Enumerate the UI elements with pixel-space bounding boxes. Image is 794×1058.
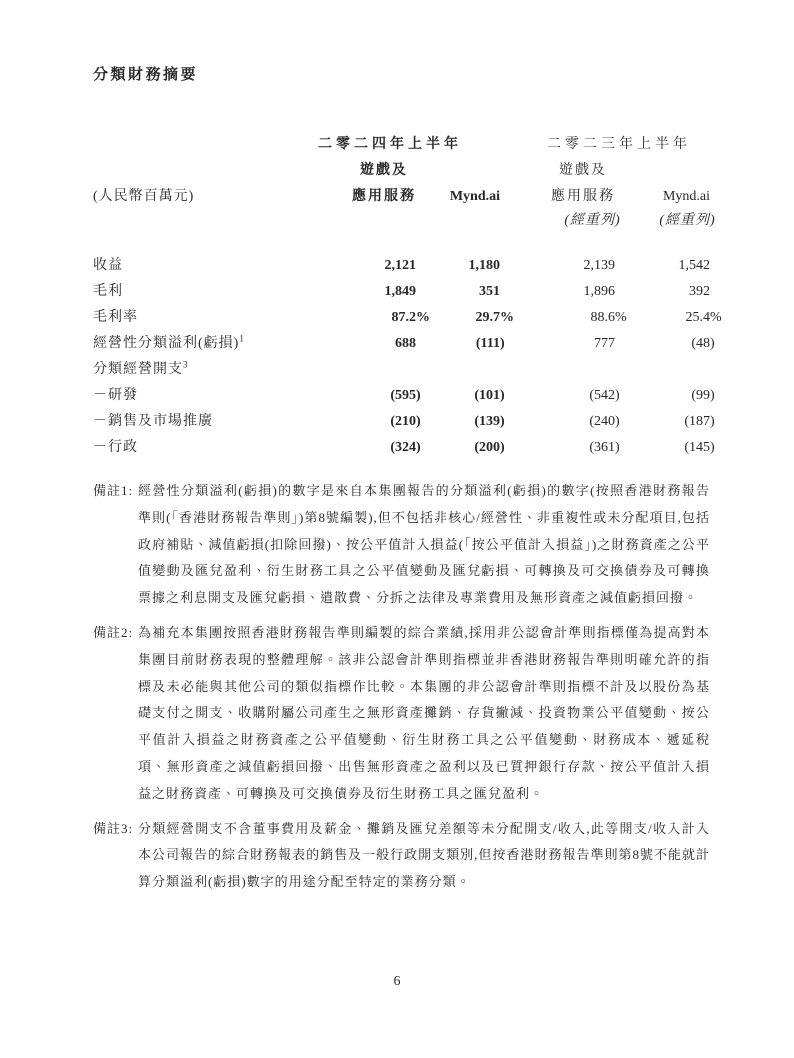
value-cell: (101) [416,378,500,404]
row-label: 分類經營開支3 [93,352,318,378]
period-2023-header-cell: 二零二三年上半年 [500,126,710,153]
footnote-label: 備註3: [93,816,138,896]
value-cell: 688 [318,326,416,352]
column-header-mynd-2024: Mynd.ai [416,179,500,205]
value-cell [615,352,710,378]
column-header-games-2023: 應用服務 [500,179,615,205]
restated-note: (經重列) [500,205,615,229]
spacer-cell [93,153,318,179]
value-cell: (187) [615,404,710,430]
value-cell: (595) [318,378,416,404]
table-row-gross-margin: 毛利率 87.2% 29.7% 88.6% 25.4% [93,300,710,326]
footnote-ref: 3 [183,359,189,369]
segment-financial-table: 二零二四年上半年 二零二三年上半年 遊戲及 遊戲及 (人民幣百萬元) 應用服務 … [93,126,710,456]
spacer-cell [318,205,416,229]
value-cell: 1,180 [416,248,500,274]
value-cell [318,352,416,378]
table-spacer-row [93,229,710,248]
value-cell: (145) [615,430,710,456]
row-label: －銷售及市場推廣 [93,404,318,430]
restated-note: (經重列) [615,205,710,229]
value-cell: 2,139 [500,248,615,274]
spacer-cell [93,205,318,229]
row-label: －行政 [93,430,318,456]
column-header-games-2024: 應用服務 [318,179,416,205]
value-cell: 1,896 [500,274,615,300]
row-label: 收益 [93,248,318,274]
column-header-main-row: (人民幣百萬元) 應用服務 Mynd.ai 應用服務 Mynd.ai [93,179,710,205]
value-cell: (139) [416,404,500,430]
page-content: 分類財務摘要 二零二四年上半年 二零二三年上半年 遊戲及 [93,0,710,896]
value-cell: (240) [500,404,615,430]
footnote-2: 備註2: 為補充本集團按照香港財務報告準則編製的綜合業績,採用非公認會計準則指標… [93,620,710,808]
table-row-sales-marketing: －銷售及市場推廣 (210) (139) (240) (187) [93,404,710,430]
period-2024-label: 二零二四年上半年 [318,137,462,152]
value-cell: 392 [615,274,710,300]
section-title: 分類財務摘要 [93,66,710,84]
value-cell: 88.6% [500,300,615,326]
row-label: 毛利率 [93,300,318,326]
footnote-text: 經營性分類溢利(虧損)的數字是來自本集團報告的分類溢利(虧損)的數字(按照香港財… [138,478,710,612]
value-cell: 25.4% [615,300,710,326]
column-header-top [615,153,710,179]
column-header-top [416,153,500,179]
row-label: －研發 [93,378,318,404]
footnote-1: 備註1: 經營性分類溢利(虧損)的數字是來自本集團報告的分類溢利(虧損)的數字(… [93,478,710,612]
row-label: 毛利 [93,274,318,300]
period-2023-label: 二零二三年上半年 [547,137,691,152]
value-cell: (324) [318,430,416,456]
column-header-top: 遊戲及 [318,153,416,179]
spacer-cell [416,205,500,229]
value-cell: 1,849 [318,274,416,300]
value-cell: (99) [615,378,710,404]
table-row-rd: －研發 (595) (101) (542) (99) [93,378,710,404]
value-cell: 87.2% [318,300,416,326]
page-number: 6 [0,974,794,990]
footnote-label: 備註2: [93,620,138,808]
value-cell: 2,121 [318,248,416,274]
value-cell [500,352,615,378]
value-cell: (111) [416,326,500,352]
row-label: 經營性分類溢利(虧損)1 [93,326,318,352]
table-row-operating-segment-profit: 經營性分類溢利(虧損)1 688 (111) 777 (48) [93,326,710,352]
spacer-cell [93,126,318,153]
footnotes-section: 備註1: 經營性分類溢利(虧損)的數字是來自本集團報告的分類溢利(虧損)的數字(… [93,478,710,896]
table-row-administration: －行政 (324) (200) (361) (145) [93,430,710,456]
report-page: 分類財務摘要 二零二四年上半年 二零二三年上半年 遊戲及 [0,0,794,1058]
footnote-ref: 1 [239,333,245,343]
footnote-text: 分類經營開支不含董事費用及薪金、攤銷及匯兌差額等未分配開支/收入,此等開支/收入… [138,816,710,896]
value-cell: (542) [500,378,615,404]
footnote-3: 備註3: 分類經營開支不含董事費用及薪金、攤銷及匯兌差額等未分配開支/收入,此等… [93,816,710,896]
restated-note-row: (經重列) (經重列) [93,205,710,229]
footnote-text: 為補充本集團按照香港財務報告準則編製的綜合業績,採用非公認會計準則指標僅為提高對… [138,620,710,808]
table-row-gross-profit: 毛利 1,849 351 1,896 392 [93,274,710,300]
value-cell: 1,542 [615,248,710,274]
footnote-label: 備註1: [93,478,138,612]
column-header-mynd-2023: Mynd.ai [615,179,710,205]
period-2024-header-cell: 二零二四年上半年 [318,126,500,153]
unit-label: (人民幣百萬元) [93,179,318,205]
value-cell [416,352,500,378]
value-cell: (48) [615,326,710,352]
column-header-top: 遊戲及 [500,153,615,179]
value-cell: 351 [416,274,500,300]
table-row-segment-operating-expenses: 分類經營開支3 [93,352,710,378]
value-cell: (210) [318,404,416,430]
column-header-top-row: 遊戲及 遊戲及 [93,153,710,179]
period-header-row: 二零二四年上半年 二零二三年上半年 [93,126,710,153]
table-row-revenue: 收益 2,121 1,180 2,139 1,542 [93,248,710,274]
value-cell: (361) [500,430,615,456]
value-cell: (200) [416,430,500,456]
value-cell: 777 [500,326,615,352]
